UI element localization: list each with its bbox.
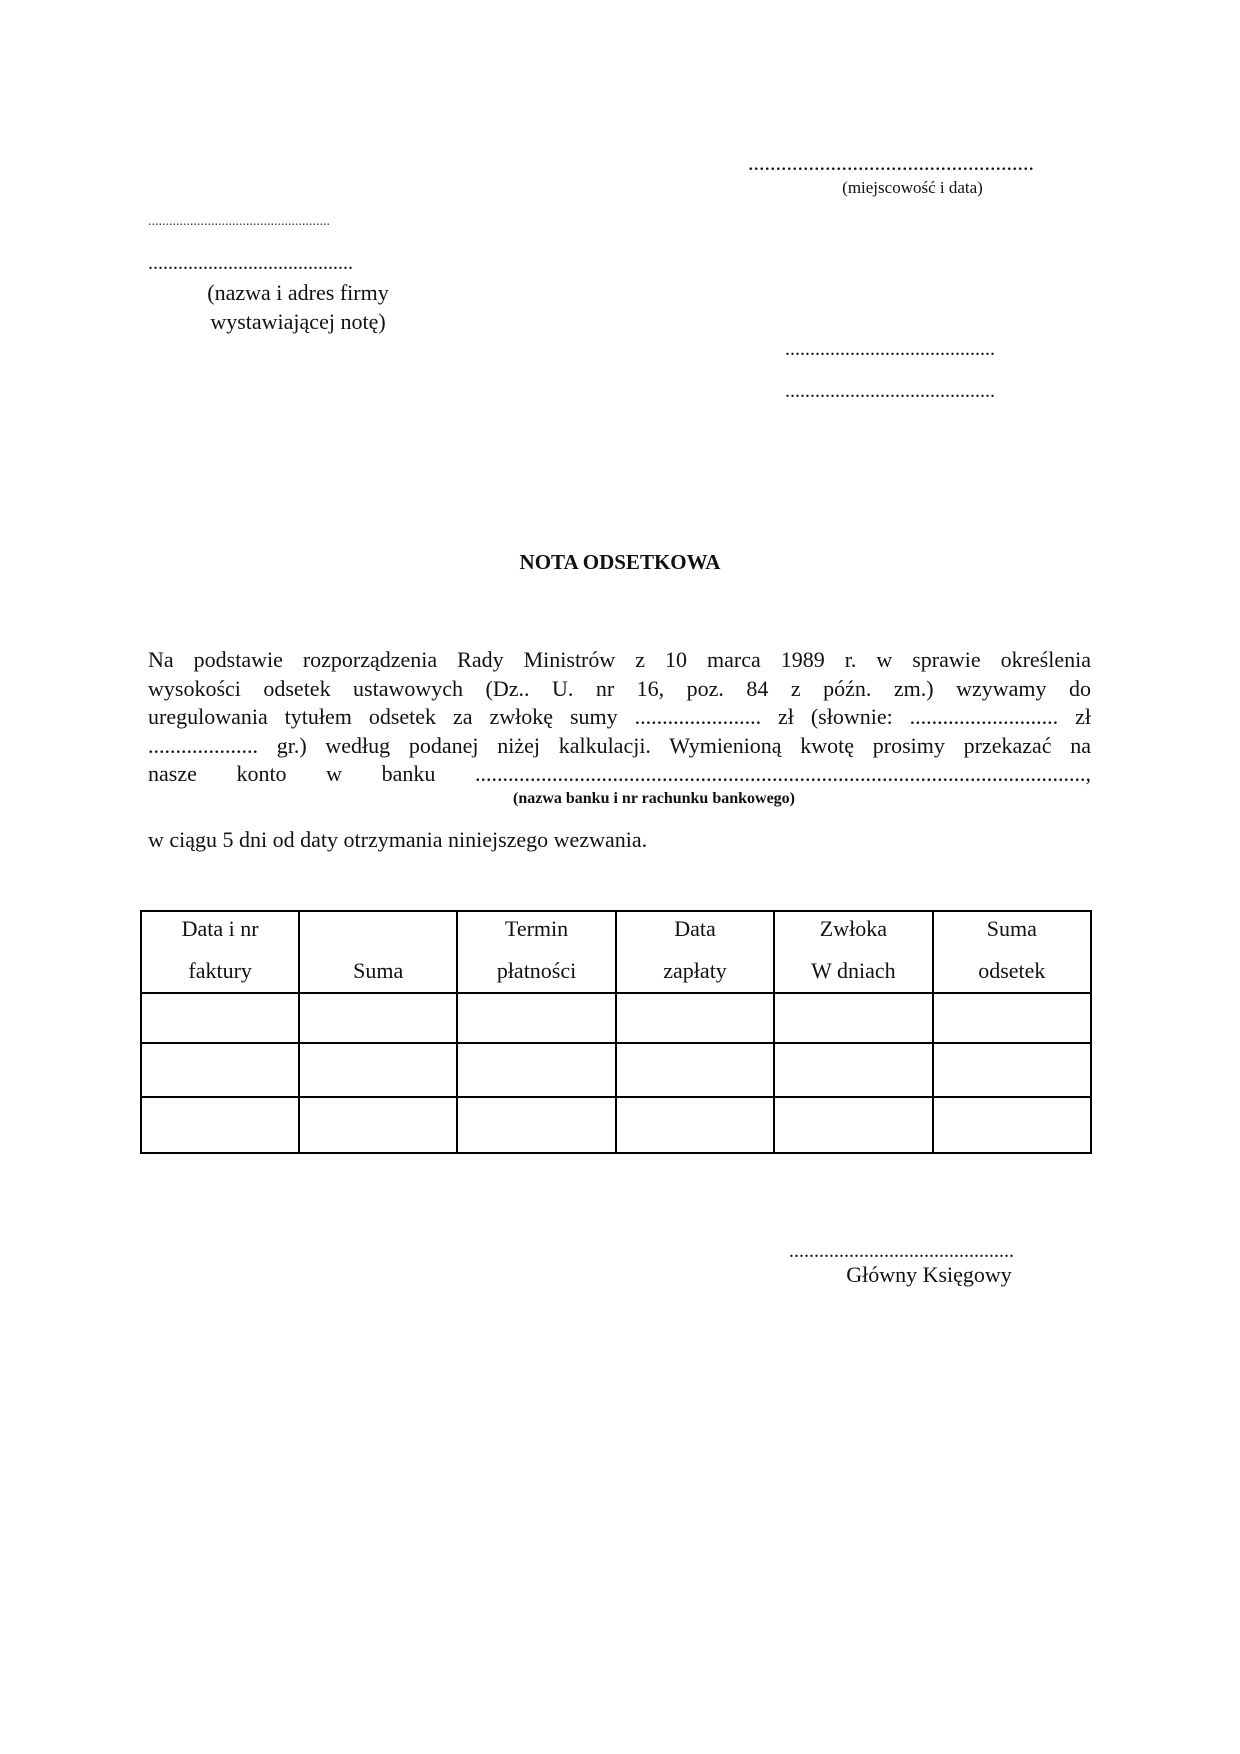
table-cell[interactable] <box>457 1043 616 1097</box>
table-cell[interactable] <box>299 1097 457 1153</box>
column-header-delay-days: ZwłokaW dniach <box>774 911 932 993</box>
table-cell[interactable] <box>299 1043 457 1097</box>
table-cell[interactable] <box>933 1043 1091 1097</box>
body-line: nasze konto w banku ....................… <box>148 760 1091 789</box>
place-date-field[interactable]: ........................................… <box>748 150 1034 176</box>
table-cell[interactable] <box>457 1097 616 1153</box>
table-cell[interactable] <box>933 1097 1091 1153</box>
interest-calculation-table: Data i nrfaktury Suma Terminpłatności Da… <box>140 910 1092 1154</box>
body-line: uregulowania tytułem odsetek za zwłokę s… <box>148 703 1091 732</box>
header-line: Data <box>617 908 773 950</box>
deadline-text: w ciągu 5 dni od daty otrzymania niniejs… <box>148 827 647 853</box>
table-cell[interactable] <box>774 1043 932 1097</box>
column-header-interest-sum: Sumaodsetek <box>933 911 1091 993</box>
table-cell[interactable] <box>616 1097 774 1153</box>
column-header-invoice: Data i nrfaktury <box>141 911 299 993</box>
issuer-caption: (nazwa i adres firmy wystawiającej notę) <box>148 278 448 336</box>
body-line: wysokości odsetek ustawowych (Dz.. U. nr… <box>148 675 1091 704</box>
column-header-due-date: Terminpłatności <box>457 911 616 993</box>
body-paragraph: Na podstawie rozporządzenia Rady Ministr… <box>148 646 1091 789</box>
document-title: NOTA ODSETKOWA <box>0 550 1240 575</box>
place-date-caption: (miejscowość i data) <box>740 178 1085 198</box>
header-line: płatności <box>458 950 615 992</box>
header-line: Zwłoka <box>775 908 931 950</box>
issuer-caption-line-2: wystawiającej notę) <box>148 307 448 336</box>
issuer-caption-line-1: (nazwa i adres firmy <box>148 278 448 307</box>
table-cell[interactable] <box>774 993 932 1043</box>
header-line <box>300 908 456 950</box>
table-cell[interactable] <box>141 993 299 1043</box>
table-cell[interactable] <box>933 993 1091 1043</box>
header-line: Data i nr <box>142 908 298 950</box>
header-line: Suma <box>300 950 456 992</box>
column-header-amount: Suma <box>299 911 457 993</box>
recipient-address-field[interactable]: ........................................… <box>785 380 995 403</box>
table-cell[interactable] <box>141 1097 299 1153</box>
table-cell[interactable] <box>774 1097 932 1153</box>
table-cell[interactable] <box>616 993 774 1043</box>
table-header-row: Data i nrfaktury Suma Terminpłatności Da… <box>141 911 1091 993</box>
table-row <box>141 1043 1091 1097</box>
recipient-name-field[interactable]: ........................................… <box>785 338 995 361</box>
header-line: odsetek <box>934 950 1090 992</box>
table-cell[interactable] <box>616 1043 774 1097</box>
table-row <box>141 1097 1091 1153</box>
header-line: zapłaty <box>617 950 773 992</box>
body-line: Na podstawie rozporządzenia Rady Ministr… <box>148 646 1091 675</box>
issuer-name-field[interactable]: ........................................… <box>148 214 330 230</box>
table-cell[interactable] <box>457 993 616 1043</box>
header-line: W dniach <box>775 950 931 992</box>
table-cell[interactable] <box>299 993 457 1043</box>
bank-caption: (nazwa banku i nr rachunku bankowego) <box>513 790 795 808</box>
body-line: .................... gr.) według podanej… <box>148 732 1091 761</box>
issuer-address-field[interactable]: ........................................… <box>148 252 353 275</box>
signature-caption: Główny Księgowy <box>789 1262 1069 1288</box>
header-line: faktury <box>142 950 298 992</box>
column-header-payment-date: Datazapłaty <box>616 911 774 993</box>
table-row <box>141 993 1091 1043</box>
header-line: Termin <box>458 908 615 950</box>
signature-field[interactable]: ........................................… <box>789 1240 1014 1263</box>
table-cell[interactable] <box>141 1043 299 1097</box>
header-line: Suma <box>934 908 1090 950</box>
